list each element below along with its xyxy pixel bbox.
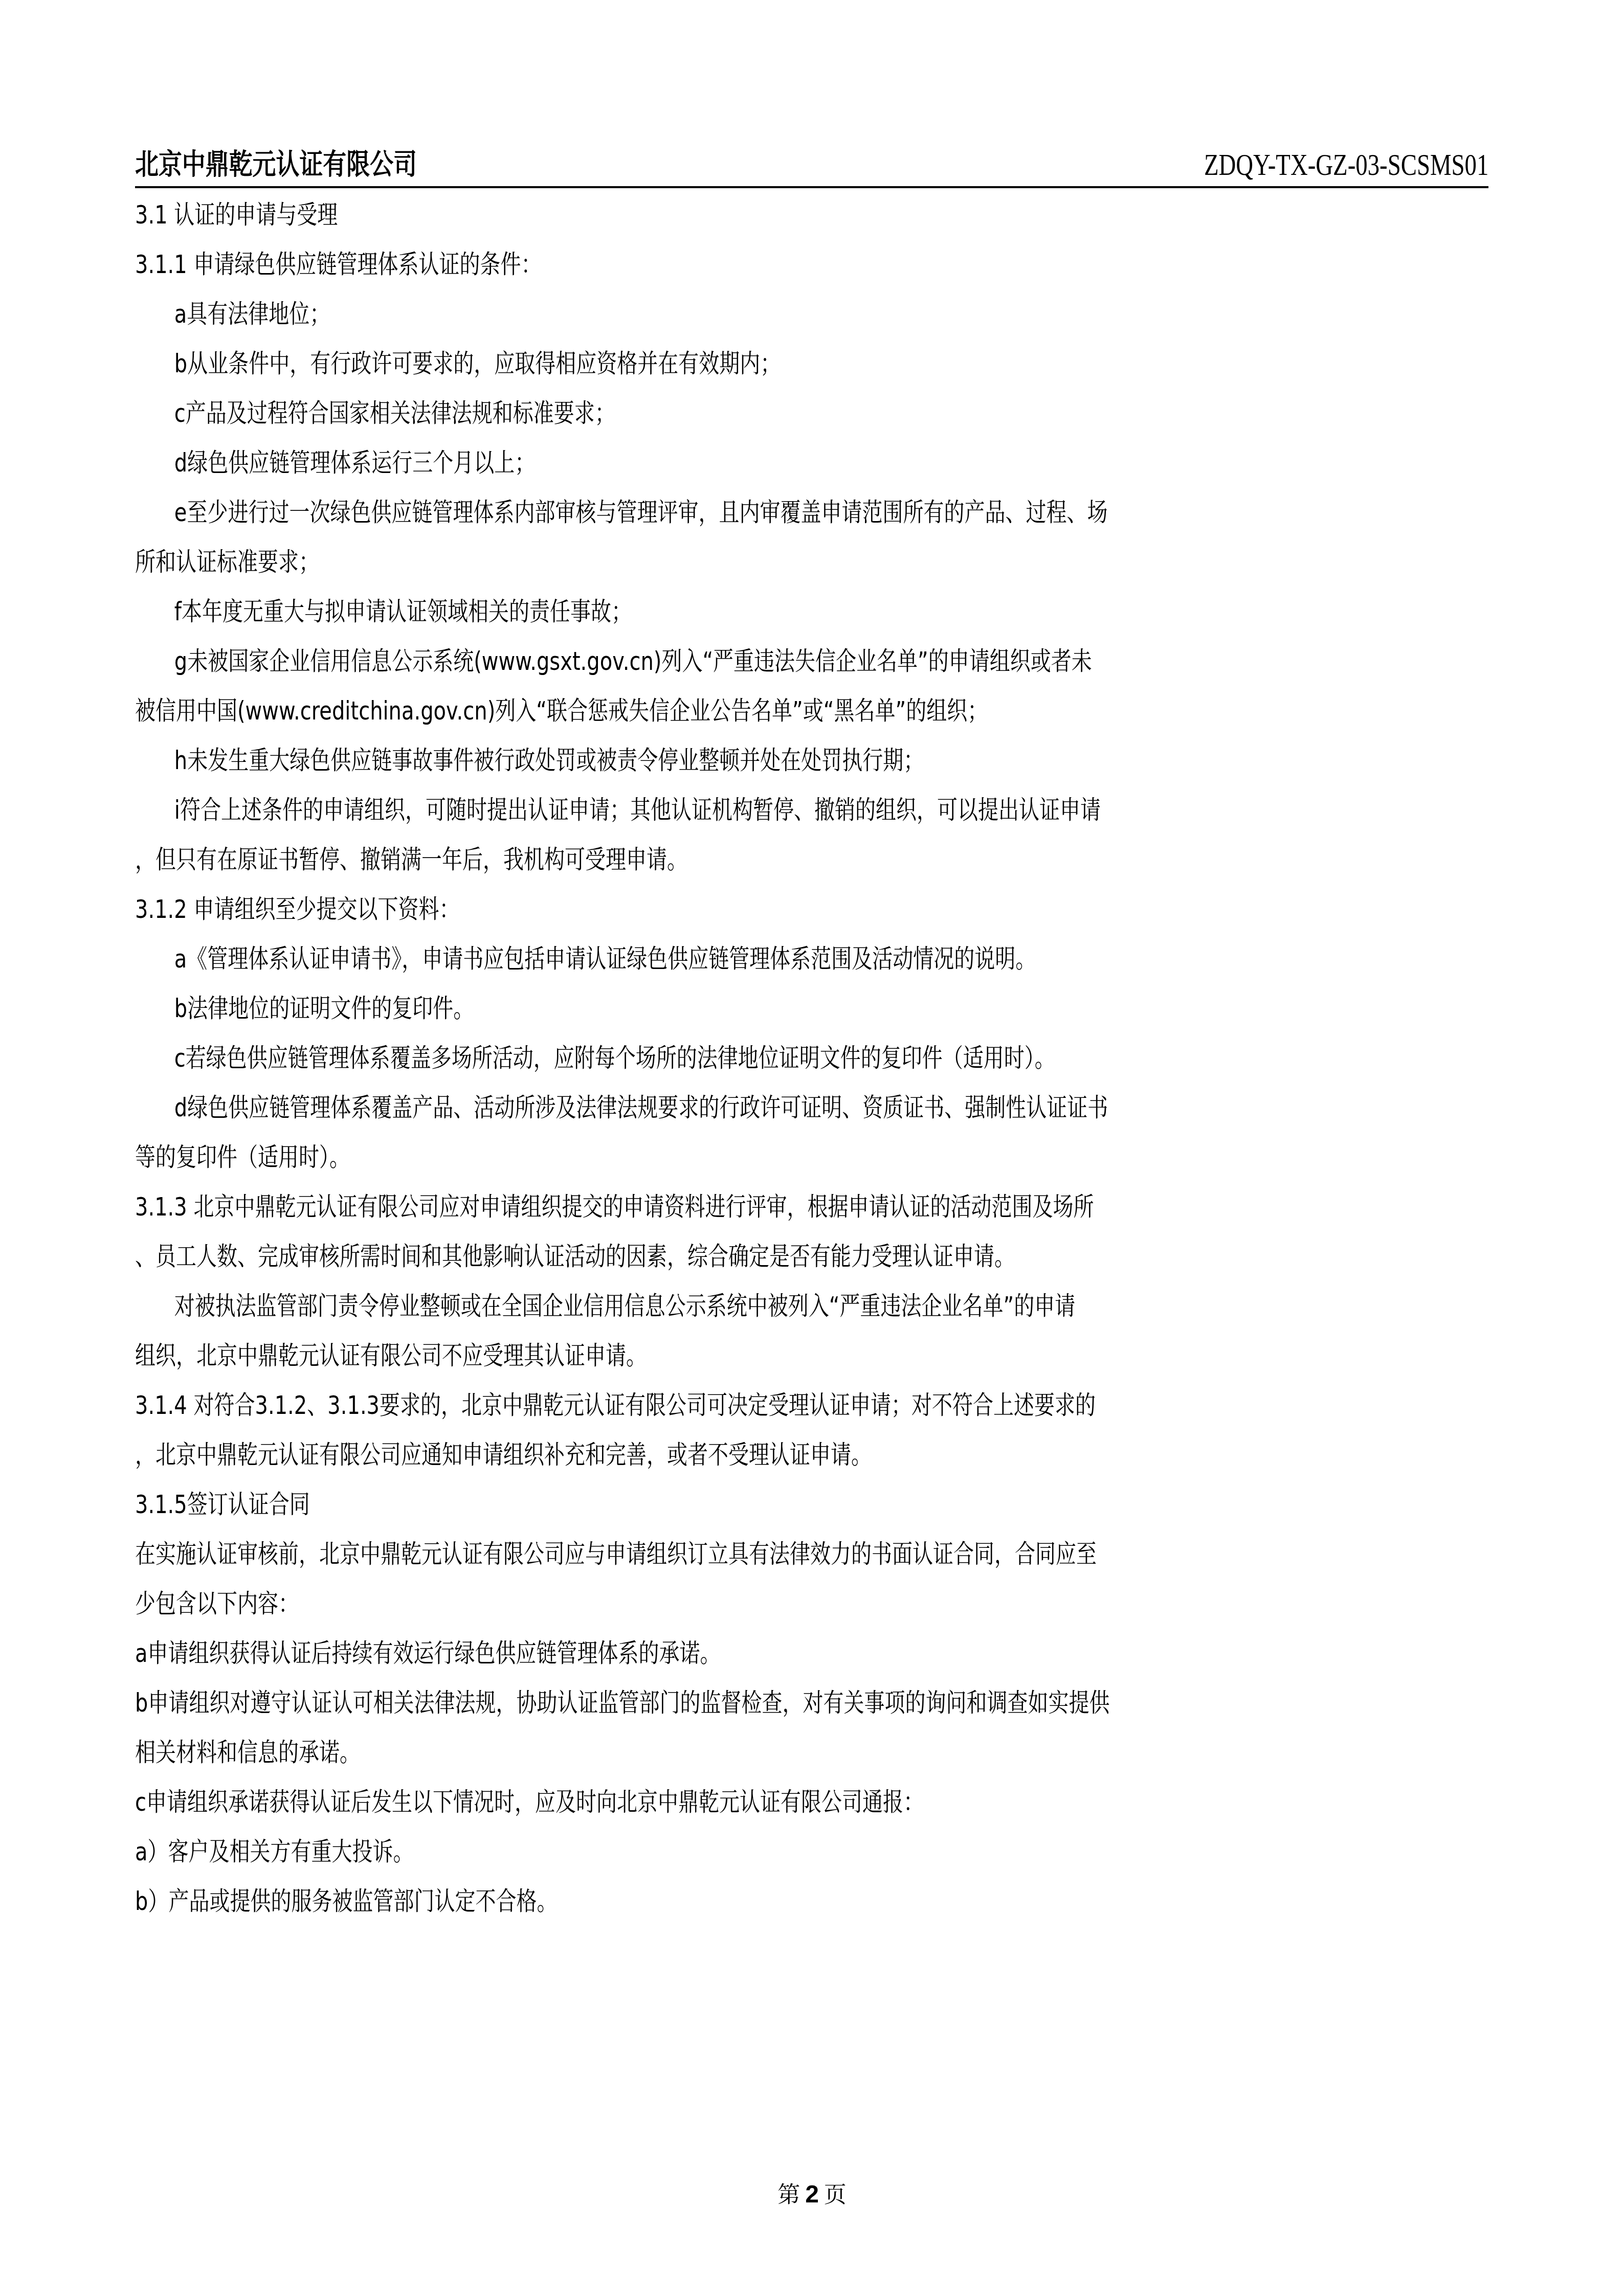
text-line: 在实施认证审核前，北京中鼎乾元认证有限公司应与申请组织订立具有法律效力的书面认证… — [135, 1529, 1488, 1579]
text-line: 3.1.4 对符合3.1.2、3.1.3要求的，北京中鼎乾元认证有限公司可决定受… — [135, 1381, 1488, 1430]
text-line: 3.1 认证的申请与受理 — [135, 190, 1488, 240]
text-line: d绿色供应链管理体系覆盖产品、活动所涉及法律法规要求的行政许可证明、资质证书、强… — [135, 1083, 1528, 1133]
company-name: 北京中鼎乾元认证有限公司 — [135, 144, 417, 185]
text-line: 3.1.5签订认证合同 — [135, 1480, 1488, 1529]
header-divider — [135, 186, 1488, 188]
document-page: 北京中鼎乾元认证有限公司 ZDQY-TX-GZ-03-SCSMS01 3.1 认… — [0, 0, 1624, 2296]
text-line: b从业条件中，有行政许可要求的，应取得相应资格并在有效期内； — [135, 339, 1528, 389]
text-line: 相关材料和信息的承诺。 — [135, 1728, 1488, 1777]
text-line: a）客户及相关方有重大投诉。 — [135, 1827, 1488, 1877]
text-line: d绿色供应链管理体系运行三个月以上； — [135, 438, 1528, 488]
text-line: c若绿色供应链管理体系覆盖多场所活动，应附每个场所的法律地位证明文件的复印件（适… — [135, 1033, 1528, 1083]
text-line: 3.1.2 申请组织至少提交以下资料： — [135, 885, 1488, 934]
text-line: g未被国家企业信用信息公示系统(www.gsxt.gov.cn)列入“严重违法失… — [135, 637, 1528, 686]
text-line: 等的复印件（适用时）。 — [135, 1133, 1488, 1182]
text-line: ，但只有在原证书暂停、撤销满一年后，我机构可受理申请。 — [135, 835, 1488, 885]
text-line: 3.1.1 申请绿色供应链管理体系认证的条件： — [135, 240, 1488, 289]
text-line: 被信用中国(www.creditchina.gov.cn)列入“联合惩戒失信企业… — [135, 686, 1488, 736]
text-line: 、员工人数、完成审核所需时间和其他影响认证活动的因素，综合确定是否有能力受理认证… — [135, 1232, 1488, 1281]
text-line: i符合上述条件的申请组织，可随时提出认证申请；其他认证机构暂停、撤销的组织，可以… — [135, 785, 1528, 835]
text-line: b申请组织对遵守认证认可相关法律法规，协助认证监管部门的监督检查，对有关事项的询… — [135, 1678, 1488, 1728]
text-line: 对被执法监管部门责令停业整顿或在全国企业信用信息公示系统中被列入“严重违法企业名… — [135, 1281, 1528, 1331]
page-label-suffix: 页 — [824, 2182, 847, 2208]
text-line: ，北京中鼎乾元认证有限公司应通知申请组织补充和完善，或者不受理认证申请。 — [135, 1430, 1488, 1480]
text-line: 所和认证标准要求； — [135, 537, 1488, 587]
text-line: b）产品或提供的服务被监管部门认定不合格。 — [135, 1877, 1488, 1926]
page-number: 2 — [800, 2181, 824, 2208]
text-line: c申请组织承诺获得认证后发生以下情况时，应及时向北京中鼎乾元认证有限公司通报： — [135, 1777, 1488, 1827]
text-line: c产品及过程符合国家相关法律法规和标准要求； — [135, 389, 1528, 438]
text-line: a申请组织获得认证后持续有效运行绿色供应链管理体系的承诺。 — [135, 1629, 1488, 1678]
text-line: h未发生重大绿色供应链事故事件被行政处罚或被责令停业整顿并处在处罚执行期； — [135, 736, 1528, 785]
text-line: a《管理体系认证申请书》，申请书应包括申请认证绿色供应链管理体系范围及活动情况的… — [135, 934, 1528, 984]
page-header: 北京中鼎乾元认证有限公司 ZDQY-TX-GZ-03-SCSMS01 — [135, 144, 1488, 185]
document-code: ZDQY-TX-GZ-03-SCSMS01 — [1204, 144, 1488, 185]
page-label-prefix: 第 — [777, 2182, 800, 2208]
text-line: 组织，北京中鼎乾元认证有限公司不应受理其认证申请。 — [135, 1331, 1488, 1381]
text-line: f本年度无重大与拟申请认证领域相关的责任事故； — [135, 587, 1528, 637]
text-line: e至少进行过一次绿色供应链管理体系内部审核与管理评审，且内审覆盖申请范围所有的产… — [135, 488, 1528, 537]
text-line: 3.1.3 北京中鼎乾元认证有限公司应对申请组织提交的申请资料进行评审，根据申请… — [135, 1182, 1488, 1232]
text-line: a具有法律地位； — [135, 289, 1528, 339]
text-line: b法律地位的证明文件的复印件。 — [135, 984, 1528, 1033]
page-footer: 第2页 — [0, 2179, 1624, 2211]
document-body: 3.1 认证的申请与受理3.1.1 申请绿色供应链管理体系认证的条件：a具有法律… — [135, 190, 1488, 1926]
text-line: 少包含以下内容： — [135, 1579, 1488, 1629]
